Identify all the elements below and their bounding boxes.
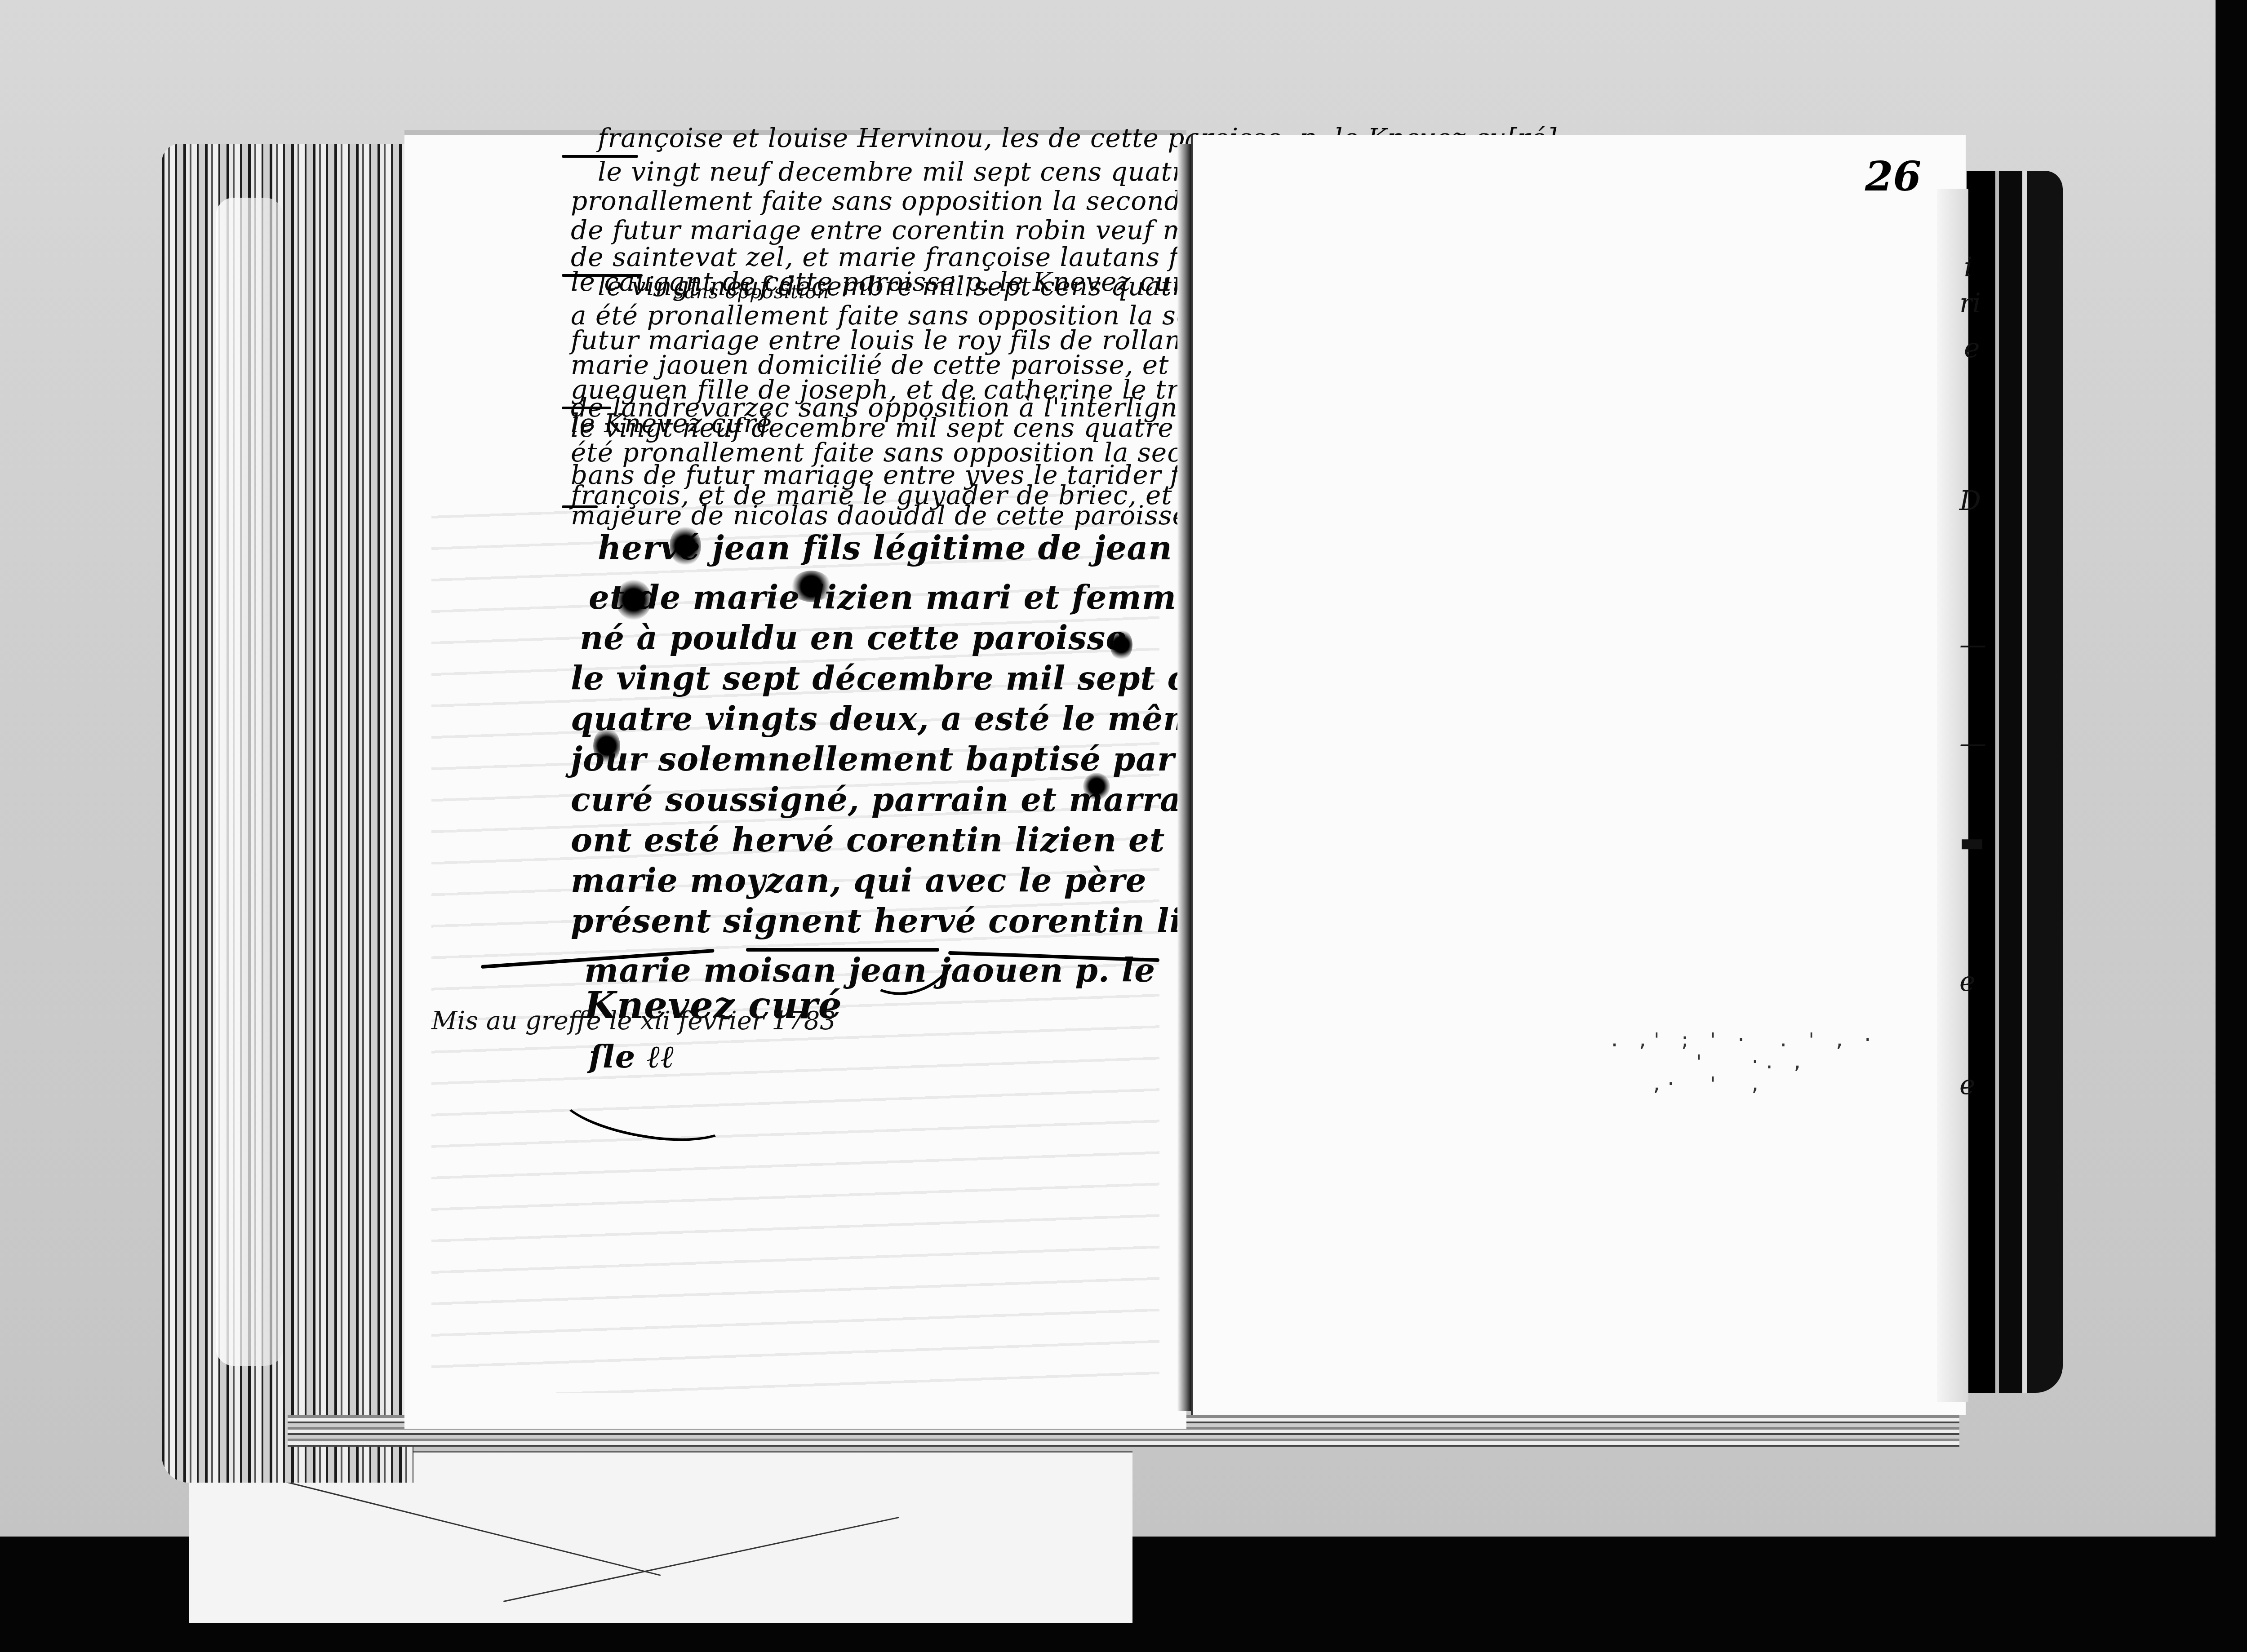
book-gutter (1177, 144, 1191, 1411)
margin-glyph: — (1959, 728, 1986, 759)
right-margin-offset-text (1937, 189, 1968, 1402)
bleed-through-specks: . ,' ; ' · . ' , · ' ·. , ,· ' , (1609, 1029, 1876, 1095)
margin-glyph: ▬ (1959, 827, 1985, 858)
ink-blot (1083, 773, 1110, 800)
ink-blot (670, 526, 701, 566)
fold-crease (503, 1517, 899, 1602)
closing-rule (746, 948, 939, 952)
ink-blot (616, 580, 652, 620)
margin-glyph: e (1964, 332, 1980, 364)
entry-separator (562, 407, 611, 409)
margin-glyph: D (1959, 485, 1981, 517)
registry-signature: ſle ℓℓ (589, 1038, 675, 1076)
margin-glyph: — (1959, 629, 1986, 660)
ink-blot (593, 728, 620, 764)
margin-glyph: ri (1959, 288, 1981, 319)
book-edge-highlight (216, 198, 283, 1366)
black-surround (2216, 0, 2247, 1652)
entry-separator (562, 505, 598, 508)
folio-number: 26 (1865, 153, 1921, 200)
right-page-blank (1191, 135, 1966, 1415)
registry-note: Mis au greffe le xii février 1783 (431, 1006, 836, 1036)
book-page-edges-left (162, 144, 413, 1483)
margin-glyph: e (1959, 966, 1976, 997)
ink-blot (1110, 629, 1132, 660)
ink-blot (791, 571, 831, 602)
margin-glyph: e (1959, 1069, 1976, 1101)
margin-glyph: i (1964, 252, 1972, 283)
